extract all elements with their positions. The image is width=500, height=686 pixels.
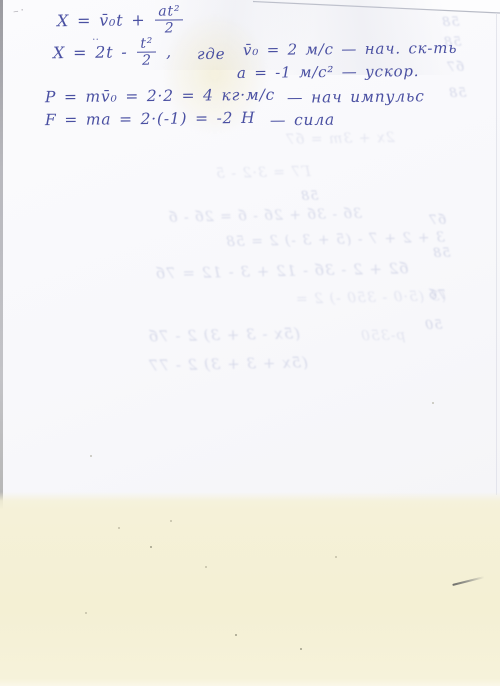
- dust-speck: [85, 612, 87, 614]
- dust-speck: [170, 520, 172, 522]
- bleedthrough-line: Г7 = 3·2 - 5: [215, 164, 311, 182]
- dust-speck: [300, 648, 302, 650]
- dust-speck: [118, 527, 120, 529]
- equation-position-given: X = 2t - t² 2 ,: [53, 36, 172, 69]
- equation-force: F = ma = 2·(-1) = -2 Н: [45, 109, 256, 129]
- dust-speck: [432, 402, 434, 404]
- bleedthrough-number: 7б: [428, 288, 447, 303]
- dust-speck: [150, 546, 152, 548]
- bleedthrough-line: (5х - 3 + 3) 2 - 7б: [148, 324, 300, 345]
- pencil-mark: –·: [12, 3, 27, 18]
- dust-speck: [235, 634, 237, 636]
- fraction-numerator: at²: [155, 4, 183, 21]
- bleedthrough-line: (3 (5·0 - 350 -) 2 =: [295, 288, 446, 307]
- label-initial-momentum: — нач импульс: [287, 87, 425, 106]
- fraction-t2-over-2: t² 2: [137, 37, 156, 69]
- label-force: — сила: [270, 111, 335, 130]
- separator-comma: ,: [166, 42, 172, 61]
- bleedthrough-line: 2х + 3т = б7: [285, 130, 395, 148]
- word-where: где: [197, 45, 226, 63]
- given-acceleration: a = -1 м/с² — ускор.: [237, 62, 420, 82]
- bleedthrough-number: 58: [300, 189, 319, 204]
- equation-position-general: X = v̄₀t + at² 2: [57, 4, 186, 37]
- equation-momentum: P = mv̄₀ = 2·2 = 4 кг·м/с: [45, 86, 275, 106]
- fraction-denominator: 2: [137, 53, 156, 68]
- scanned-notebook-page: { "palette": { "ink": "#4a50a2", "paper"…: [0, 0, 500, 686]
- dust-speck: [335, 556, 337, 558]
- bleedthrough-number: 50: [424, 318, 443, 333]
- bleedthrough-number: б7: [446, 60, 465, 75]
- bleedthrough-number: 58: [448, 86, 467, 101]
- underlying-cream-sheet: [0, 492, 500, 686]
- fraction-numerator: t²: [137, 37, 156, 53]
- bleedthrough-line: (5х + 3 + 3) 2 - 77: [148, 353, 308, 374]
- dust-speck: [90, 455, 92, 457]
- equation-lhs: X = v̄₀t +: [57, 10, 146, 30]
- bleedthrough-line: р-350: [360, 328, 406, 345]
- equation-lhs: X = 2t -: [53, 42, 128, 62]
- fraction-denominator: 2: [155, 21, 183, 37]
- bleedthrough-number: 58: [432, 246, 451, 261]
- bleedthrough-number: 58: [441, 15, 460, 30]
- dust-speck: [205, 566, 207, 568]
- fraction-at2-over-2: at² 2: [155, 4, 183, 36]
- given-initial-velocity: v̄₀ = 2 м/с — нач. ск-ть: [243, 39, 457, 59]
- bleedthrough-number: б7: [428, 213, 447, 228]
